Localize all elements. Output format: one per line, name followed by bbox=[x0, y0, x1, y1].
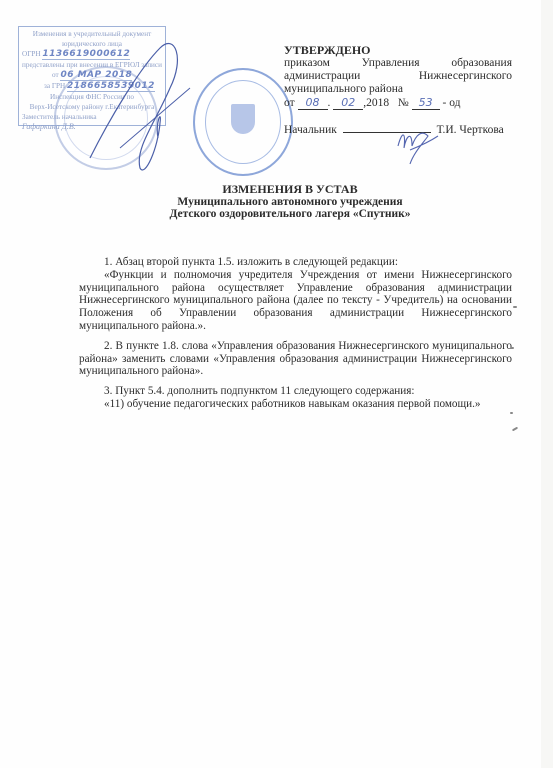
order-number-label: № bbox=[398, 97, 409, 109]
grn-label: за ГРН bbox=[44, 82, 65, 90]
chief-signature bbox=[392, 126, 442, 168]
page-edge bbox=[541, 0, 553, 768]
order-suffix: - од bbox=[442, 97, 460, 109]
order-year: ,2018 bbox=[363, 97, 389, 109]
approval-text: Нижнесергинского bbox=[419, 70, 512, 82]
item-2-text: 2. В пункте 1.8. слова «Управления образ… bbox=[79, 340, 512, 378]
speck bbox=[513, 306, 517, 308]
order-month: 02 bbox=[333, 96, 363, 110]
coat-of-arms-icon bbox=[231, 104, 255, 134]
heading-line-2: Муниципального автономного учреждения bbox=[100, 196, 480, 209]
item-3-text: «11) обучение педагогических работников … bbox=[79, 398, 512, 411]
stamp-date-label: от bbox=[52, 71, 59, 79]
document-body: 1. Абзац второй пункта 1.5. изложить в с… bbox=[79, 256, 512, 411]
approval-text: Управления bbox=[362, 57, 420, 69]
inspector-signature bbox=[80, 28, 200, 178]
item-3-intro: 3. Пункт 5.4. дополнить подпунктом 11 сл… bbox=[79, 385, 512, 398]
document-heading: ИЗМЕНЕНИЯ В УСТАВ Муниципального автоном… bbox=[100, 183, 480, 221]
chief-label: Начальник bbox=[284, 124, 337, 136]
heading-title: ИЗМЕНЕНИЯ В УСТАВ bbox=[100, 183, 480, 196]
item-1-intro: 1. Абзац второй пункта 1.5. изложить в с… bbox=[79, 256, 512, 269]
speck bbox=[510, 412, 513, 414]
approval-text: приказом bbox=[284, 57, 330, 69]
speck bbox=[510, 347, 514, 349]
speck bbox=[512, 427, 518, 432]
approval-text: муниципального района bbox=[284, 83, 512, 96]
approval-text: образования bbox=[451, 57, 512, 69]
ogrn-label: ОГРН bbox=[22, 50, 41, 58]
heading-line-3: Детского оздоровительного лагеря «Спутни… bbox=[100, 208, 480, 221]
chief-name: Т.И. Черткова bbox=[437, 124, 504, 136]
education-department-seal bbox=[193, 68, 293, 176]
approval-block: УТВЕРЖДЕНО приказом Управления образован… bbox=[284, 44, 512, 137]
order-day: 08 bbox=[298, 96, 328, 110]
order-date-label: от bbox=[284, 97, 295, 109]
order-number: 53 bbox=[412, 96, 440, 110]
approval-title: УТВЕРЖДЕНО bbox=[284, 44, 512, 57]
approval-text: администрации bbox=[284, 70, 360, 82]
document-page: Изменения в учредительный документ юриди… bbox=[0, 0, 553, 768]
item-1-text: «Функции и полномочия учредителя Учрежде… bbox=[79, 269, 512, 333]
